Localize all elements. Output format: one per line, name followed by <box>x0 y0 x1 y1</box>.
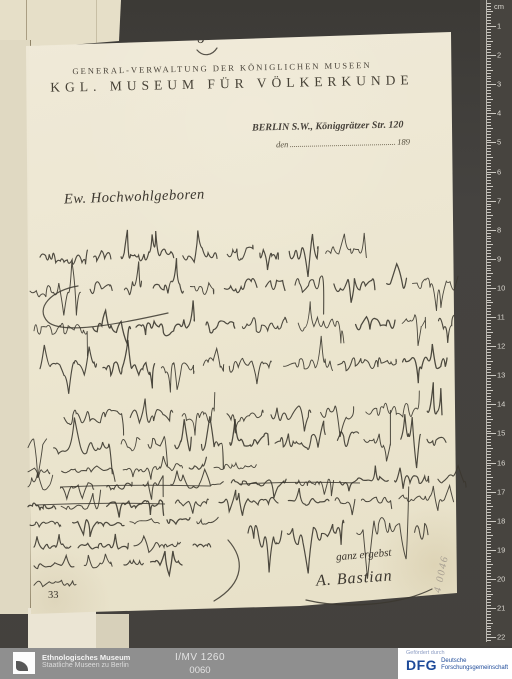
ruler-tick <box>487 64 491 65</box>
ruler-tick <box>487 471 491 472</box>
ruler-tick <box>487 439 491 440</box>
handwriting-line <box>395 468 429 489</box>
ruler-tick <box>487 84 496 85</box>
ruler-tick <box>487 489 491 490</box>
handwriting-line <box>34 556 74 569</box>
ruler-tick <box>487 201 496 202</box>
handwriting-line <box>40 345 97 394</box>
ruler-tick <box>487 541 491 542</box>
ruler-tick <box>487 270 491 271</box>
ruler-tick <box>487 172 496 173</box>
handwriting-line <box>84 554 112 568</box>
ruler-tick <box>487 591 491 592</box>
ruler-tick <box>487 29 491 30</box>
handwriting-line <box>288 488 329 505</box>
handwriting-line <box>260 250 278 270</box>
ruler-tick <box>487 361 493 362</box>
ruler-number: 15 <box>497 429 505 438</box>
ruler-tick <box>487 611 491 612</box>
ruler-number: 2 <box>497 51 501 60</box>
measurement-ruler: cm 12345678910111213141516171819202122 <box>480 0 512 646</box>
handwriting-line <box>334 278 375 302</box>
ruler-tick <box>487 431 491 432</box>
ruler-tick <box>487 550 496 551</box>
ruler-tick <box>487 102 491 103</box>
ruler-tick <box>487 113 496 114</box>
handwriting-line <box>28 473 53 490</box>
ruler-tick <box>487 110 491 111</box>
handwriting-line <box>203 349 224 372</box>
ruler-tick <box>487 352 491 353</box>
ruler-tick <box>487 23 491 24</box>
ruler-tick <box>487 407 491 408</box>
ruler-tick <box>487 393 491 394</box>
handwriting-line <box>413 276 459 311</box>
handwriting-line <box>361 497 391 508</box>
ruler-tick <box>487 238 491 239</box>
ruler-tick <box>487 288 496 289</box>
handwriting-line <box>90 282 112 294</box>
ruler-number: 19 <box>497 545 505 554</box>
ruler-tick <box>487 180 491 181</box>
handwriting-line <box>387 264 407 288</box>
ruler-tick <box>487 302 493 303</box>
ruler-tick <box>487 73 491 74</box>
handwriting-line <box>227 245 253 260</box>
ruler-tick <box>487 515 491 516</box>
ruler-tick <box>487 480 491 481</box>
ruler-tick <box>487 148 491 149</box>
handwriting-line <box>34 580 76 586</box>
ruler-tick <box>487 291 491 292</box>
handwriting-line <box>40 250 87 264</box>
ruler-tick <box>487 276 491 277</box>
ruler-tick <box>487 492 496 493</box>
handwriting-line <box>242 317 287 332</box>
ruler-tick <box>487 573 491 574</box>
ruler-tick <box>487 544 491 545</box>
ruler-tick <box>487 282 491 283</box>
handwriting-line <box>189 457 206 469</box>
ruler-tick <box>487 448 493 449</box>
handwriting-line <box>94 251 111 261</box>
ruler-tick <box>487 279 491 280</box>
ruler-tick <box>487 556 491 557</box>
ruler-tick <box>487 399 491 400</box>
ruler-tick <box>487 35 491 36</box>
handwriting-line <box>326 233 367 258</box>
ruler-tick <box>487 233 491 234</box>
ruler-tick <box>487 634 491 635</box>
handwriting-line <box>143 476 163 500</box>
ruler-tick <box>487 384 491 385</box>
ruler-tick <box>487 529 491 530</box>
ruler-tick <box>487 78 491 79</box>
handwriting-line <box>190 283 213 295</box>
ruler-tick <box>487 76 491 77</box>
ruler-tick <box>487 294 491 295</box>
ruler-tick <box>487 314 491 315</box>
ruler-tick <box>487 547 491 548</box>
ruler-number: 20 <box>497 574 505 583</box>
ruler-tick <box>487 236 491 237</box>
ruler-tick <box>487 631 491 632</box>
ruler-tick <box>487 157 493 158</box>
ruler-number: 16 <box>497 458 505 467</box>
ruler-tick <box>487 535 493 536</box>
ruler-tick <box>487 445 491 446</box>
ruler-tick <box>487 425 491 426</box>
handwriting-line <box>271 406 311 431</box>
handwriting-line <box>93 310 131 343</box>
ruler-tick <box>487 204 491 205</box>
handwriting-line <box>401 414 421 468</box>
ruler-tick <box>487 497 491 498</box>
handwriting-line <box>266 280 285 290</box>
ruler-tick <box>487 486 491 487</box>
ruler-tick <box>487 495 491 496</box>
ruler-number: 8 <box>497 225 501 234</box>
ruler-tick <box>487 61 491 62</box>
ruler-tick <box>487 154 491 155</box>
handwriting-line <box>193 544 211 547</box>
ruler-tick <box>487 285 491 286</box>
ruler-tick <box>487 451 491 452</box>
handwriting-line <box>183 231 217 263</box>
ruler-tick <box>487 401 491 402</box>
ruler-tick <box>487 387 491 388</box>
ruler-tick <box>487 44 491 45</box>
ruler-tick <box>487 26 496 27</box>
ruler-tick <box>487 413 491 414</box>
handwriting-line <box>175 419 192 451</box>
ruler-tick <box>487 396 491 397</box>
ruler-tick <box>487 134 491 135</box>
ruler-tick <box>487 38 491 39</box>
ruler-tick <box>487 582 491 583</box>
ruler-tick <box>487 561 491 562</box>
ruler-tick <box>487 483 491 484</box>
ruler-tick <box>487 614 491 615</box>
handwriting-line <box>219 490 278 516</box>
handwriting-line <box>402 315 425 346</box>
ruler-number: 21 <box>497 604 505 613</box>
ruler-tick <box>487 250 491 251</box>
ruler-tick <box>487 122 491 123</box>
handwriting-line <box>161 363 194 393</box>
ruler-tick <box>487 49 491 50</box>
ruler-tick <box>487 468 491 469</box>
ruler-tick <box>487 617 491 618</box>
ruler-tick <box>487 419 493 420</box>
ruler-tick <box>487 422 491 423</box>
strikethrough-stroke <box>35 503 165 505</box>
ruler-tick <box>487 241 491 242</box>
ruler-number: 4 <box>497 109 501 118</box>
ruler-tick <box>487 99 493 100</box>
handwriting-line <box>229 358 271 384</box>
ruler-tick <box>487 335 491 336</box>
ruler-tick <box>487 602 491 603</box>
ruler-tick <box>487 626 491 627</box>
ruler-tick <box>487 596 491 597</box>
ruler-tick <box>487 553 491 554</box>
handwriting-line <box>175 499 208 514</box>
ruler-tick <box>487 620 491 621</box>
handwriting-line <box>439 315 455 343</box>
ruler-number: 7 <box>497 196 501 205</box>
ruler-tick <box>487 131 491 132</box>
ruler-tick <box>487 509 491 510</box>
handwriting-line <box>124 261 141 294</box>
ruler-tick <box>487 81 491 82</box>
handwriting-line <box>202 416 224 468</box>
handwriting-flourish <box>43 286 168 328</box>
ruler-tick <box>487 70 493 71</box>
ruler-tick <box>487 337 491 338</box>
ruler-tick <box>487 378 491 379</box>
ruler-tick <box>487 183 491 184</box>
ruler-tick <box>487 329 491 330</box>
footer-bar: Ethnologisches Museum Staatliche Museen … <box>0 648 512 679</box>
handwriting-line <box>123 456 182 480</box>
ruler-number: 11 <box>497 313 505 322</box>
ruler-number: 3 <box>497 80 501 89</box>
ruler-tick <box>487 20 491 21</box>
ruler-tick <box>487 503 491 504</box>
ruler-tick <box>487 320 491 321</box>
ruler-tick <box>487 623 493 624</box>
ruler-tick <box>487 532 491 533</box>
handwriting-line <box>62 466 116 481</box>
ruler-tick <box>487 570 491 571</box>
ruler-number: 18 <box>497 516 505 525</box>
handwriting-line <box>356 317 395 330</box>
ruler-tick <box>487 416 491 417</box>
ruler-tick <box>487 273 493 274</box>
ruler-tick <box>487 524 491 525</box>
ruler-tick <box>487 564 493 565</box>
ruler-tick <box>487 160 491 161</box>
ruler-tick <box>487 521 496 522</box>
handwriting-line <box>124 560 143 565</box>
handwriting-line <box>103 340 155 389</box>
ruler-tick <box>487 428 491 429</box>
ruler-tick <box>487 506 493 507</box>
ruler-tick <box>487 588 491 589</box>
handwriting-line <box>34 534 71 549</box>
handwriting-line <box>364 410 391 461</box>
ruler-tick <box>487 567 491 568</box>
ruler-tick <box>487 151 491 152</box>
ruler-tick <box>487 206 491 207</box>
ruler-number: 5 <box>497 138 501 147</box>
ruler-tick <box>487 212 491 213</box>
ruler-tick <box>487 90 491 91</box>
ruler-tick <box>487 259 496 260</box>
handwriting-line <box>337 432 358 447</box>
ruler-tick <box>487 500 491 501</box>
ruler-tick <box>487 189 491 190</box>
ruler-tick <box>487 11 493 12</box>
ruler-tick <box>487 125 491 126</box>
ruler-tick <box>487 14 491 15</box>
ruler-number: 13 <box>497 371 505 380</box>
ruler-tick <box>487 58 491 59</box>
ruler-tick <box>487 367 491 368</box>
handwriting-line <box>248 526 282 573</box>
handwriting-line <box>134 536 180 552</box>
handwriting-line <box>107 500 164 517</box>
ruler-tick <box>487 209 491 210</box>
ruler-number: 17 <box>497 487 505 496</box>
ruler-tick <box>487 166 491 167</box>
ruler-tick <box>487 253 491 254</box>
ruler-tick <box>487 346 496 347</box>
ruler-tick <box>487 96 491 97</box>
handwriting-flourish <box>306 589 432 605</box>
ruler-tick <box>487 32 491 33</box>
funding-prefix: Gefördert durch <box>406 650 445 656</box>
ruler-tick <box>487 145 491 146</box>
ruler-number: 22 <box>497 633 505 642</box>
ruler-tick <box>487 349 491 350</box>
handwriting-strokes <box>0 0 512 679</box>
ruler-tick <box>487 244 493 245</box>
ruler-tick <box>487 128 493 129</box>
ruler-tick <box>487 372 491 373</box>
funder-name: Deutsche Forschungsgemeinschaft <box>441 658 508 671</box>
handwriting-line <box>30 521 61 527</box>
ruler-tick <box>487 116 491 117</box>
ruler-number: 1 <box>497 22 501 31</box>
ruler-tick <box>487 410 491 411</box>
ruler-tick <box>487 355 491 356</box>
ruler-tick <box>487 93 491 94</box>
ruler-tick <box>487 227 491 228</box>
ruler-number: 12 <box>497 342 505 351</box>
ruler-tick <box>487 262 491 263</box>
handwriting-line <box>427 382 442 415</box>
handwriting-line <box>287 520 343 573</box>
ruler-tick <box>487 67 491 68</box>
ruler-tick <box>487 457 491 458</box>
handwriting-line <box>73 520 124 537</box>
handwriting-line <box>130 519 159 524</box>
ruler-tick <box>487 297 491 298</box>
ruler-tick <box>487 3 491 4</box>
ruler-tick <box>487 375 496 376</box>
ruler-tick <box>487 9 491 10</box>
handwriting-line <box>130 399 173 423</box>
ruler-tick <box>487 594 493 595</box>
ruler-tick <box>487 608 496 609</box>
handwriting-line <box>289 234 318 277</box>
handwriting-line <box>227 410 263 433</box>
ruler-tick <box>487 192 491 193</box>
ruler-tick <box>487 108 491 109</box>
ruler-tick <box>487 465 491 466</box>
ruler-tick <box>487 404 496 405</box>
ruler-tick <box>487 119 491 120</box>
handwriting-line <box>30 262 81 316</box>
ruler-tick <box>487 224 491 225</box>
ruler-tick <box>487 628 491 629</box>
handwriting-line <box>206 321 235 333</box>
ruler-tick <box>487 163 491 164</box>
ruler-tick <box>487 311 491 312</box>
handwriting-line <box>197 517 218 524</box>
ruler-tick <box>487 518 491 519</box>
ruler-tick <box>487 46 491 47</box>
ruler-tick <box>487 218 491 219</box>
ruler-tick <box>487 364 491 365</box>
ruler-tick <box>487 140 491 141</box>
ruler-tick <box>487 559 491 560</box>
ruler-tick <box>487 527 491 528</box>
handwriting-line <box>224 279 257 293</box>
ruler-tick <box>487 186 493 187</box>
ruler-tick <box>487 332 493 333</box>
ruler-tick <box>487 305 491 306</box>
handwriting-line <box>321 406 354 437</box>
handwriting-line <box>78 534 128 549</box>
ruler-tick <box>487 433 496 434</box>
ruler-tick <box>487 317 496 318</box>
ruler-tick <box>487 256 491 257</box>
ruler-number: 9 <box>497 254 501 263</box>
ruler-tick <box>487 576 491 577</box>
ruler-tick <box>487 137 491 138</box>
image-number: 0060 <box>0 665 400 677</box>
funder-block: Gefördert durch DFG Deutsche Forschungsg… <box>398 648 512 679</box>
handwriting-line <box>340 466 388 492</box>
handwriting-line <box>54 418 113 474</box>
ruler-tick <box>487 17 491 18</box>
ruler-tick <box>487 579 496 580</box>
ruler-tick <box>487 308 491 309</box>
ruler-tick <box>487 340 491 341</box>
ruler-tick <box>487 174 491 175</box>
ruler-tick <box>487 463 496 464</box>
shelfmark-block: I/MV 1260 0060 <box>0 652 400 676</box>
ruler-tick <box>487 585 491 586</box>
handwriting-line <box>60 483 93 499</box>
ruler-tick <box>487 442 491 443</box>
handwriting-line <box>427 437 446 445</box>
ruler-tick <box>487 268 491 269</box>
handwriting-line <box>284 336 333 371</box>
ruler-tick <box>487 142 496 143</box>
handwriting-flourish <box>197 48 217 55</box>
ruler-tick <box>487 105 491 106</box>
ruler-tick <box>487 247 491 248</box>
ruler-tick <box>487 474 491 475</box>
ruler-tick <box>487 599 491 600</box>
ruler-tick <box>487 300 491 301</box>
handwriting-flourish <box>214 540 239 601</box>
ruler-tick <box>487 538 491 539</box>
ruler-tick <box>487 454 491 455</box>
ruler-tick <box>487 52 491 53</box>
ruler-tick <box>487 6 491 7</box>
ruler-unit-label: cm <box>494 2 504 11</box>
handwriting-line <box>167 518 190 524</box>
ruler-number: 14 <box>497 400 505 409</box>
ruler-number: 10 <box>497 283 505 292</box>
ruler-tick <box>487 358 491 359</box>
ruler-tick <box>487 390 493 391</box>
